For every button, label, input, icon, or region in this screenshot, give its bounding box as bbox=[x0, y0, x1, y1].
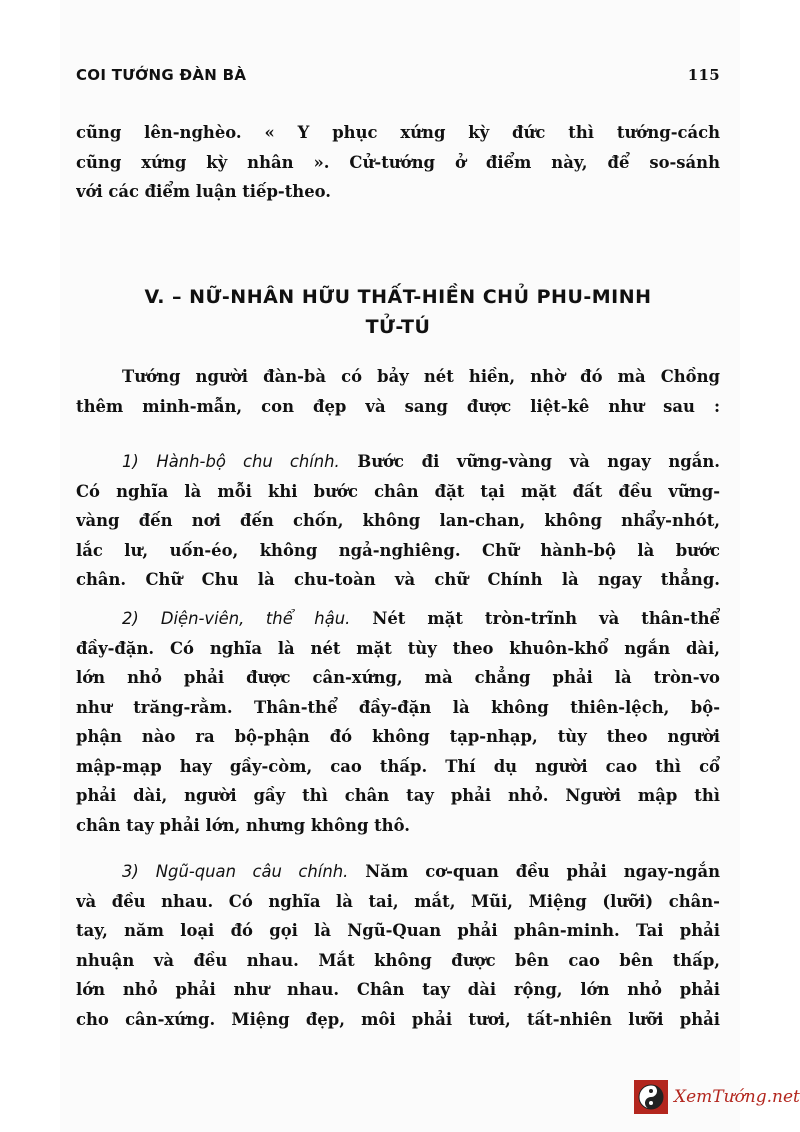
text-line: phải dài, người gầy thì chân tay phải nh… bbox=[76, 781, 720, 811]
text-line: đầy-đặn. Có nghĩa là nét mặt tùy theo kh… bbox=[76, 634, 720, 664]
item-term: Diện-viên, thể hậu. bbox=[161, 609, 350, 628]
running-title: COI TƯỚNG ĐÀN BÀ bbox=[76, 66, 246, 84]
list-item-3: 3) Ngũ-quan câu chính. Năm cơ-quan đều p… bbox=[76, 857, 720, 1034]
text-line: Tướng người đàn-bà có bảy nét hiền, nhờ … bbox=[76, 362, 720, 392]
item-first-line-text: Bước đi vững-vàng và ngay ngắn. bbox=[357, 452, 720, 471]
intro-paragraph: Tướng người đàn-bà có bảy nét hiền, nhờ … bbox=[76, 362, 720, 421]
text-line: lớn nhỏ phải như nhau. Chân tay dài rộng… bbox=[76, 975, 720, 1005]
text-line: với các điểm luận tiếp-theo. bbox=[76, 177, 720, 207]
opening-paragraph: cũng lên-nghèo. « Y phục xứng kỳ đức thì… bbox=[76, 118, 720, 207]
item-number: 1) bbox=[122, 452, 139, 471]
item-first-line-text: Nét mặt tròn-trĩnh và thân-thể bbox=[372, 609, 720, 628]
text-line: và đều nhau. Có nghĩa là tai, mắt, Mũi, … bbox=[76, 887, 720, 917]
text-line: lớn nhỏ phải được cân-xứng, mà chẳng phả… bbox=[76, 663, 720, 693]
list-item-1: 1) Hành-bộ chu chính. Bước đi vững-vàng … bbox=[76, 447, 720, 595]
item-term: Hành-bộ chu chính. bbox=[156, 452, 339, 471]
text-line: thêm minh-mẫn, con đẹp và sang được liệt… bbox=[76, 392, 720, 422]
text-line: Có nghĩa là mỗi khi bước chân đặt tại mặ… bbox=[76, 477, 720, 507]
running-header: COI TƯỚNG ĐÀN BÀ 115 bbox=[76, 66, 720, 84]
text-line: cho cân-xứng. Miệng đẹp, môi phải tươi, … bbox=[76, 1005, 720, 1035]
page-number: 115 bbox=[688, 66, 720, 84]
yin-yang-icon bbox=[634, 1080, 668, 1114]
item-first-line: 2) Diện-viên, thể hậu. Nét mặt tròn-trĩn… bbox=[76, 604, 720, 634]
text-line: mập-mạp hay gầy-còm, cao thấp. Thí dụ ng… bbox=[76, 752, 720, 782]
text-line: cũng xứng kỳ nhân ». Cử-tướng ở điểm này… bbox=[76, 148, 720, 178]
item-first-line-text: Năm cơ-quan đều phải ngay-ngắn bbox=[365, 862, 720, 881]
watermark-text: XemTướng.net bbox=[674, 1087, 800, 1107]
text-line: cũng lên-nghèo. « Y phục xứng kỳ đức thì… bbox=[76, 118, 720, 148]
text-line: như trăng-rằm. Thân-thể đầy-đặn là không… bbox=[76, 693, 720, 723]
text-line: tay, năm loại đó gọi là Ngũ-Quan phải ph… bbox=[76, 916, 720, 946]
text-line: vàng đến nơi đến chốn, không lan-chan, k… bbox=[76, 506, 720, 536]
item-term: Ngũ-quan câu chính. bbox=[156, 862, 349, 881]
text-line: chân. Chữ Chu là chu-toàn và chữ Chính l… bbox=[76, 565, 720, 595]
item-number: 3) bbox=[122, 862, 139, 881]
list-item-2: 2) Diện-viên, thể hậu. Nét mặt tròn-trĩn… bbox=[76, 604, 720, 840]
item-first-line: 3) Ngũ-quan câu chính. Năm cơ-quan đều p… bbox=[76, 857, 720, 887]
section-title-line-2: TỬ-TÚ bbox=[76, 312, 720, 342]
section-title-line-1: V. – NỮ-NHÂN HỮU THẤT-HIỀN CHỦ PHU-MINH bbox=[76, 282, 720, 312]
item-first-line: 1) Hành-bộ chu chính. Bước đi vững-vàng … bbox=[76, 447, 720, 477]
text-line: phận nào ra bộ-phận đó không tạp-nhạp, t… bbox=[76, 722, 720, 752]
text-line: chân tay phải lớn, nhưng không thô. bbox=[76, 811, 720, 841]
section-heading: V. – NỮ-NHÂN HỮU THẤT-HIỀN CHỦ PHU-MINH … bbox=[76, 282, 720, 342]
item-number: 2) bbox=[122, 609, 139, 628]
text-line: nhuận và đều nhau. Mắt không được bên ca… bbox=[76, 946, 720, 976]
text-line: lắc lư, uốn-éo, không ngả-nghiêng. Chữ h… bbox=[76, 536, 720, 566]
site-watermark: XemTướng.net bbox=[634, 1080, 800, 1114]
